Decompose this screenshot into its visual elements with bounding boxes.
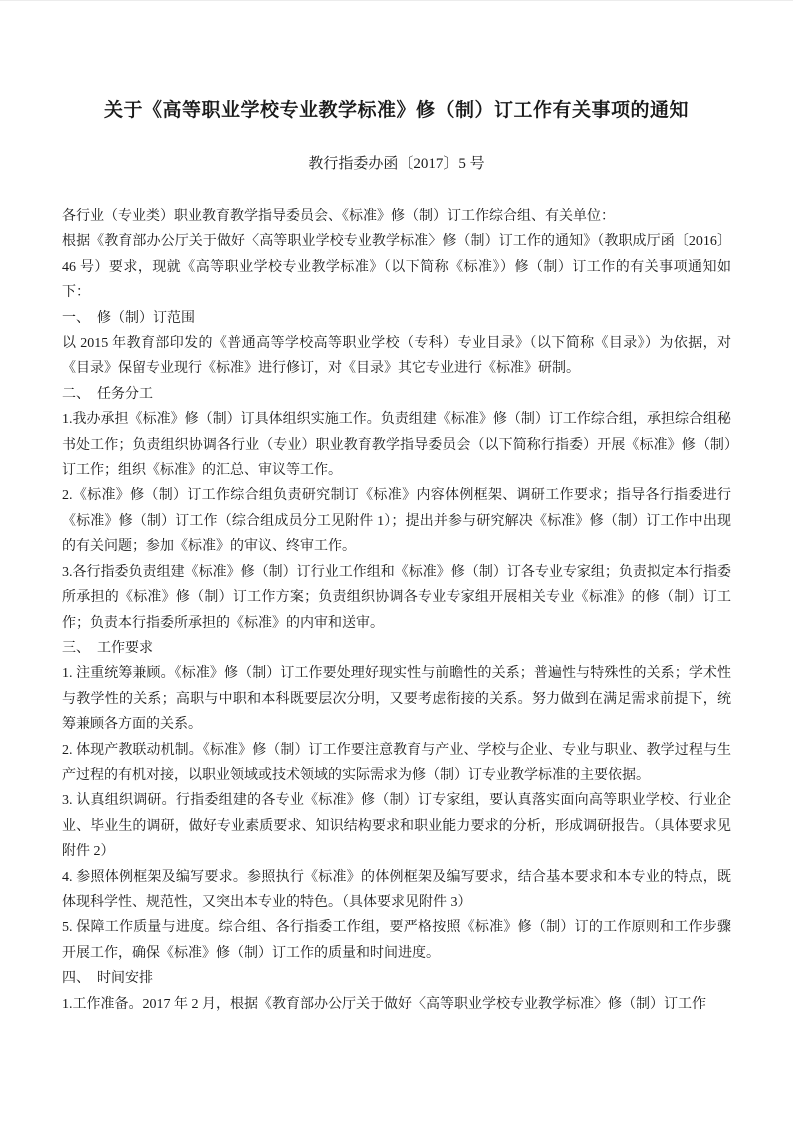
paragraph: 2. 体现产教联动机制。《标准》修（制）订工作要注意教育与产业、学校与企业、专业…	[62, 738, 731, 789]
salutation-line: 各行业（专业类）职业教育教学指导委员会、《标准》修（制）订工作综合组、有关单位：	[62, 204, 731, 229]
paragraph: 4. 参照体例框架及编写要求。参照执行《标准》的体例框架及编写要求，结合基本要求…	[62, 865, 731, 916]
document-page: 关于《高等职业学校专业教学标准》修（制）订工作有关事项的通知 教行指委办函〔20…	[0, 0, 793, 1122]
paragraph: 以 2015 年教育部印发的《普通高等学校高等职业学校（专科）专业目录》（以下简…	[62, 331, 731, 382]
section-heading: 二、 任务分工	[62, 382, 731, 407]
document-title: 关于《高等职业学校专业教学标准》修（制）订工作有关事项的通知	[62, 97, 731, 124]
intro-paragraph: 根据《教育部办公厅关于做好〈高等职业学校专业教学标准〉修（制）订工作的通知》（教…	[62, 229, 731, 305]
paragraph: 3.各行指委负责组建《标准》修（制）订行业工作组和《标准》修（制）订各专业专家组…	[62, 560, 731, 636]
section-heading: 三、 工作要求	[62, 636, 731, 661]
paragraph: 3. 认真组织调研。行指委组建的各专业《标准》修（制）订专家组，要认真落实面向高…	[62, 788, 731, 864]
paragraph: 1.工作准备。2017 年 2 月，根据《教育部办公厅关于做好〈高等职业学校专业…	[62, 992, 731, 1017]
paragraph: 1. 注重统筹兼顾。《标准》修（制）订工作要处理好现实性与前瞻性的关系；普遍性与…	[62, 661, 731, 737]
section-heading: 四、 时间安排	[62, 966, 731, 991]
document-number: 教行指委办函〔2017〕5 号	[62, 152, 731, 177]
section-heading: 一、 修（制）订范围	[62, 306, 731, 331]
paragraph: 2.《标准》修（制）订工作综合组负责研究制订《标准》内容体例框架、调研工作要求；…	[62, 483, 731, 559]
document-body: 各行业（专业类）职业教育教学指导委员会、《标准》修（制）订工作综合组、有关单位：…	[62, 204, 731, 1017]
paragraph: 5. 保障工作质量与进度。综合组、各行指委工作组，要严格按照《标准》修（制）订的…	[62, 915, 731, 966]
paragraph: 1.我办承担《标准》修（制）订具体组织实施工作。负责组建《标准》修（制）订工作综…	[62, 407, 731, 483]
